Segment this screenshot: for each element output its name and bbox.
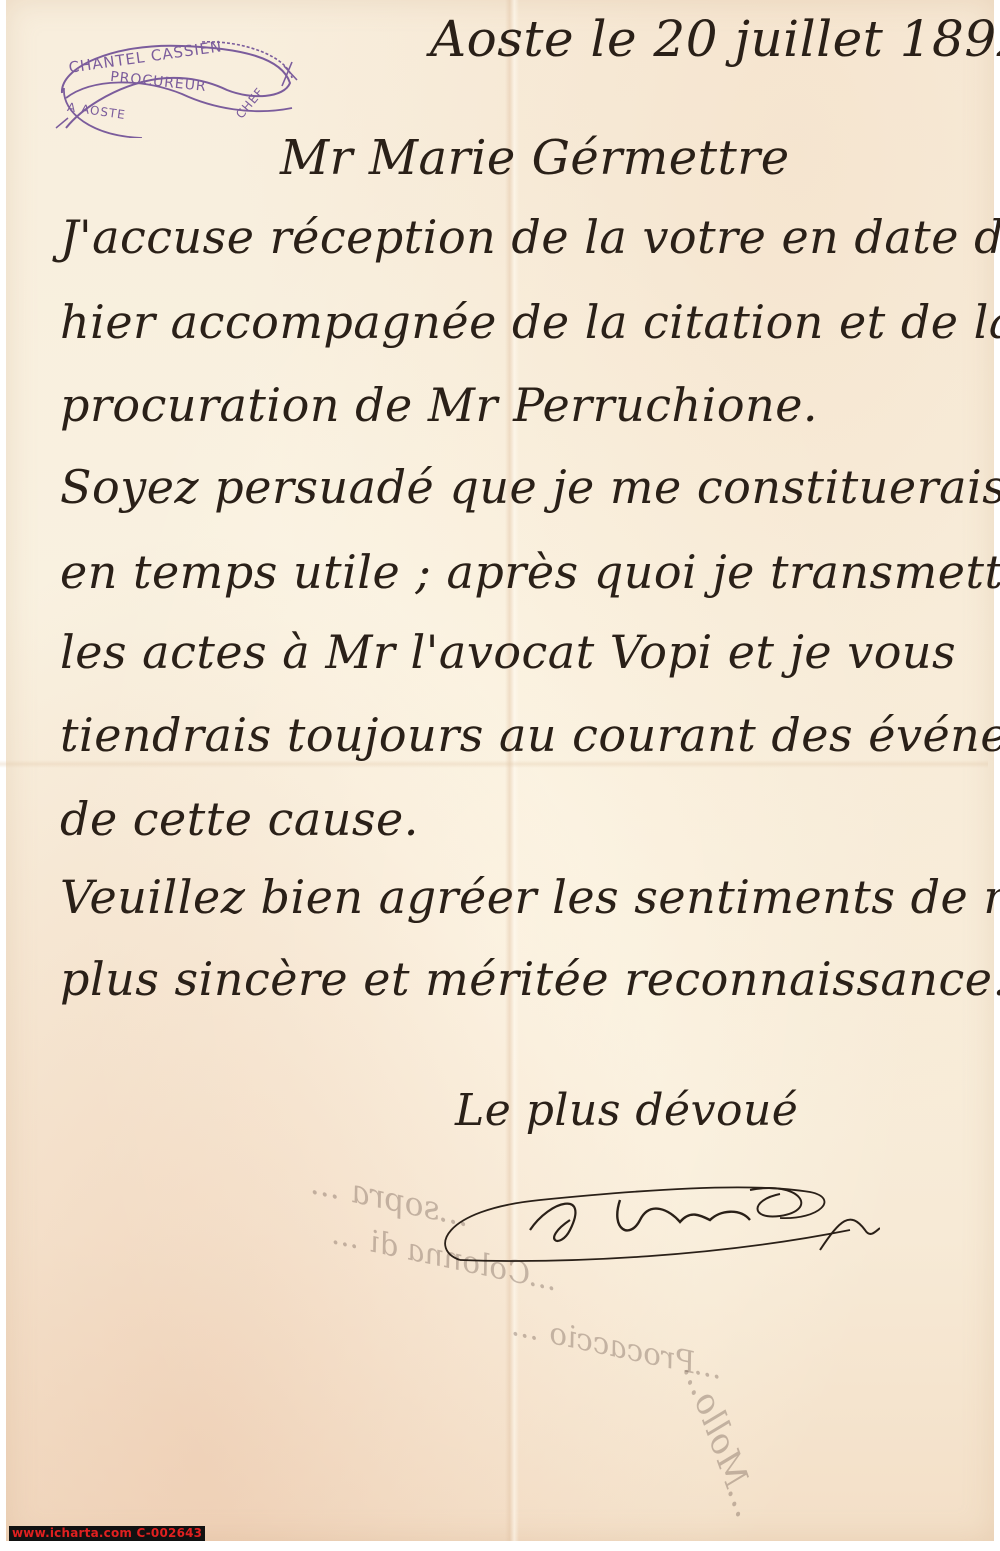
body-line: procuration de Mr Perruchione. (60, 378, 818, 432)
body-line: Soyez persuadé que je me constituerais (60, 460, 1000, 514)
salutation: Mr Marie Gérmettre (280, 130, 790, 186)
signature: Chantel (420, 1160, 880, 1270)
watermark-label: www.icharta.com C-002643 (9, 1526, 205, 1541)
body-line: Veuillez bien agréer les sentiments de m… (60, 870, 1000, 924)
body-line: de cette cause. (60, 792, 419, 846)
procureur-stamp: CHANTEL CASSIEN PROCUREUR A AOSTE CHEF (52, 38, 302, 134)
body-line: hier accompagnée de la citation et de la (60, 295, 1000, 349)
body-line: J'accuse réception de la votre en date d… (60, 210, 1000, 264)
body-line: les actes à Mr l'avocat Vopi et je vous (60, 625, 956, 679)
place-date: Aoste le 20 juillet 1892 (430, 10, 1000, 68)
closing: Le plus dévoué (455, 1085, 798, 1136)
body-line: plus sincère et méritée reconnaissance. (60, 952, 1000, 1006)
body-line: en temps utile ; après quoi je transmett… (60, 545, 1000, 599)
body-line: tiendrais toujours au courant des événem… (60, 708, 1000, 762)
